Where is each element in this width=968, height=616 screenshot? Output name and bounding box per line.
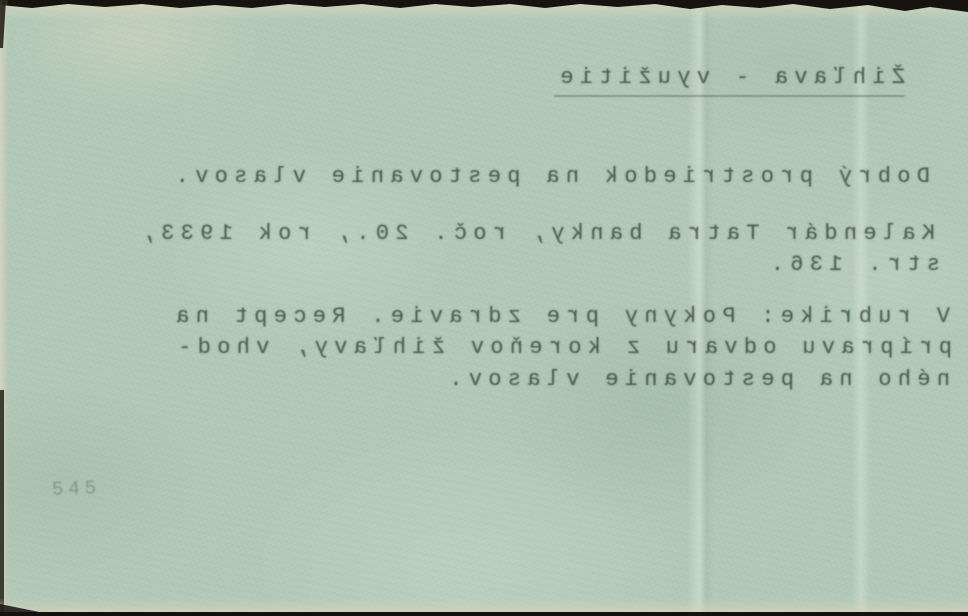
bleedthrough-text-layer: Žihľava - využitie Dobrý prostriedok na … — [0, 0, 968, 616]
scanned-card: Žihľava - využitie Dobrý prostriedok na … — [0, 0, 968, 616]
paragraph-3-line-3: ného na pestovanie vlasov. — [443, 364, 950, 395]
corner-number-mark: 545 — [52, 477, 102, 501]
card-heading-text: Žihľava - využitie — [554, 65, 905, 97]
paragraph-2-line-2: str. 136. — [764, 249, 940, 280]
paragraph-2-line-1: Kalendár Tatra banky, roč. 20., rok 1933… — [135, 218, 935, 249]
paragraph-3-line-2: prípravu odvaru z koreňov žihľavy, vhod- — [172, 332, 952, 363]
paragraph-1-line-1: Dobrý prostriedok na pestovanie vlasov. — [169, 161, 930, 192]
card-heading: Žihľava - využitie — [554, 62, 905, 93]
paragraph-3-line-1: V rubrike: Pokyny pre zdravie. Recept na — [170, 301, 950, 332]
